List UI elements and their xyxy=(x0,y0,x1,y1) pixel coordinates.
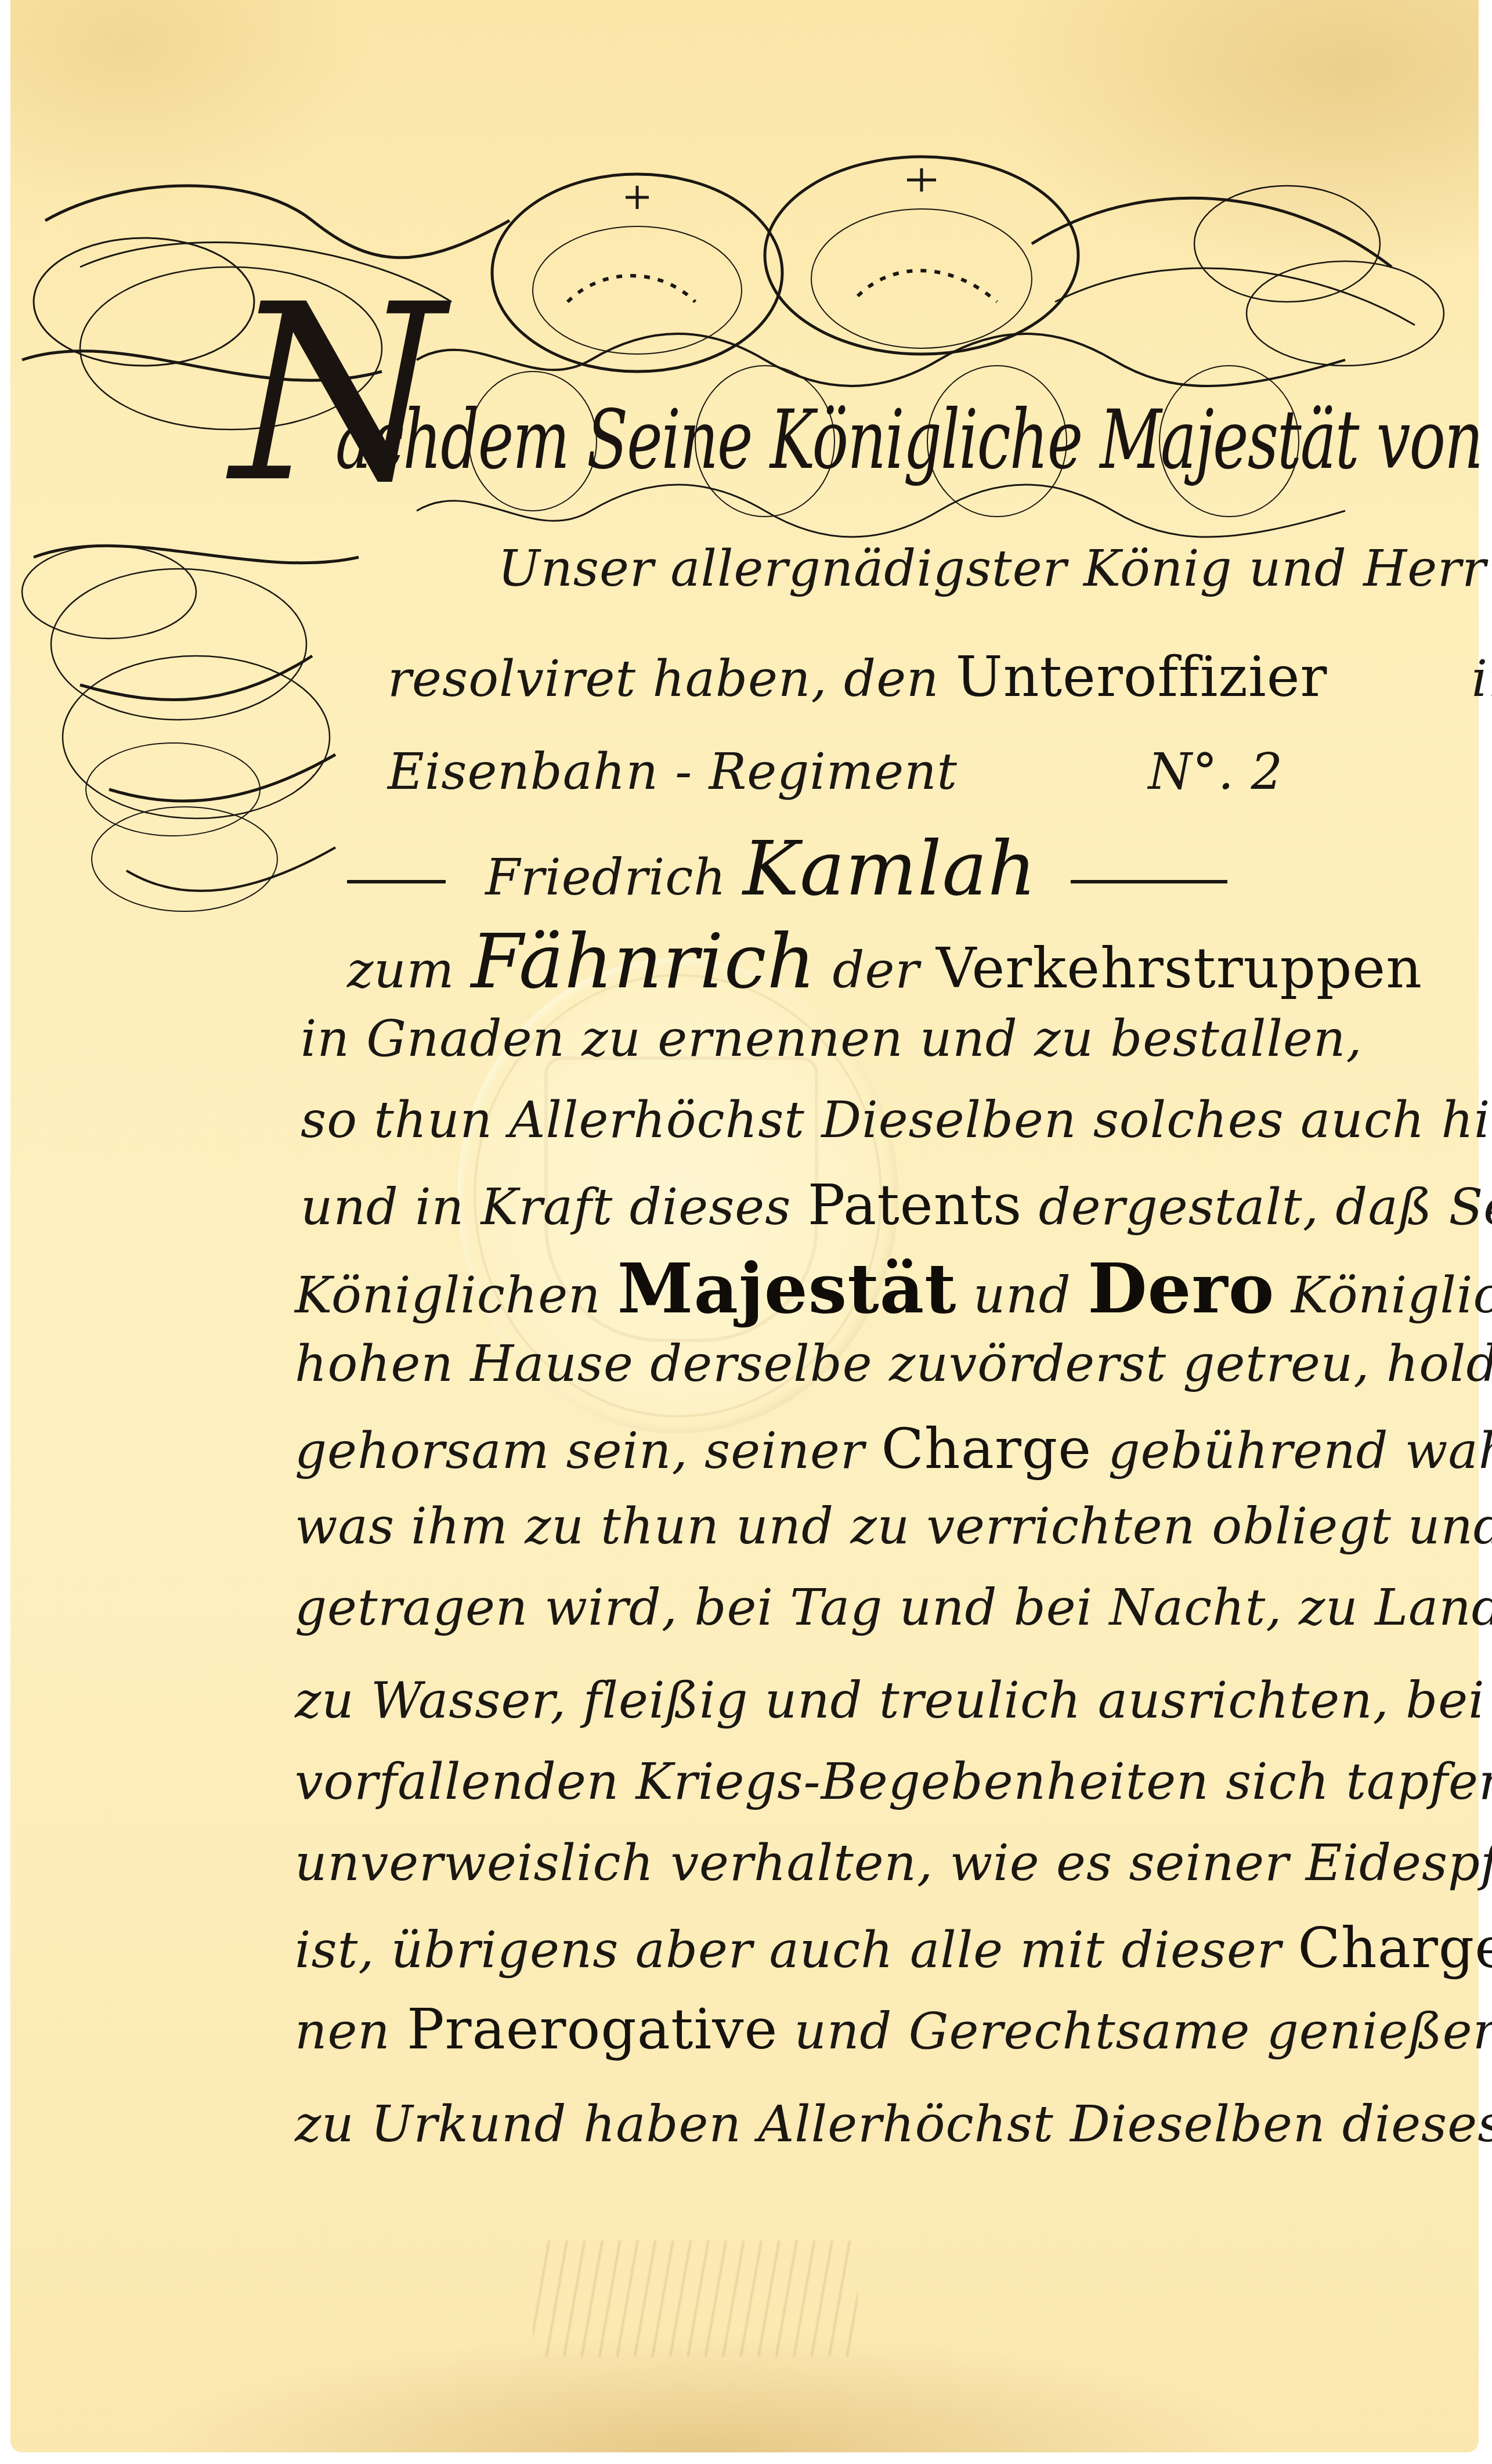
line-text: so thun Allerhöchst Dieselben solches au… xyxy=(301,1091,1492,1149)
line-pre: ist, übrigens aber auch alle mit dieser xyxy=(295,1921,1281,1979)
line-mid: der xyxy=(833,941,920,1000)
word-dero: Dero xyxy=(1088,1248,1274,1329)
line-tail: gebührend wahrnehmen, xyxy=(1108,1422,1492,1480)
word-charge: Charge xyxy=(1298,1915,1492,1980)
line-text: zu Wasser, fleißig und treulich ausricht… xyxy=(295,1672,1492,1730)
line-text: was ihm zu thun und zu verrichten oblieg… xyxy=(295,1498,1492,1556)
line-mid: und xyxy=(973,1267,1071,1325)
line-tail: und Gerechtsame genießen solle. Des xyxy=(794,2003,1492,2061)
text-line-12: was ihm zu thun und zu verrichten oblieg… xyxy=(295,1498,1492,1556)
faint-pencil-offset-mark xyxy=(533,2241,858,2357)
text-line-5: zum Fähnrich der Verkehrstruppen xyxy=(347,917,1422,1005)
text-line-10: hohen Hause derselbe zuvörderst getreu, … xyxy=(295,1335,1492,1393)
line-pre: Königlichen xyxy=(295,1267,601,1325)
line-tail: Königlichen xyxy=(1291,1267,1492,1325)
line-pre: zum xyxy=(347,941,454,1000)
line-tail: dergestalt, daß Seiner xyxy=(1039,1178,1492,1236)
word-charge: Charge xyxy=(881,1416,1092,1481)
line-text: in Gnaden zu ernennen und zu bestallen, xyxy=(301,1010,1363,1068)
word-praerogative: Praerogative xyxy=(407,1997,778,2062)
text-line-8: und in Kraft dieses Patents dergestalt, … xyxy=(301,1173,1492,1238)
line-text: Unser allergnädigster König und Herr xyxy=(498,540,1486,598)
text-line-13: getragen wird, bei Tag und bei Nacht, zu… xyxy=(295,1579,1492,1637)
text-line-6: in Gnaden zu ernennen und zu bestallen, xyxy=(301,1010,1363,1068)
text-line-17: ist, übrigens aber auch alle mit dieser … xyxy=(295,1915,1492,1980)
word-majestaet: Majestät xyxy=(617,1248,957,1329)
line-pre: zu Urkund haben Allerhöchst Dieselben di… xyxy=(295,2095,1492,2153)
first-name: Friedrich xyxy=(485,849,726,907)
rank-unteroffizier: Unteroffizier xyxy=(956,644,1328,709)
text-line-15: vorfallenden Kriegs-Begebenheiten sich t… xyxy=(295,1753,1492,1811)
line-tail: im xyxy=(1472,650,1492,708)
unit-verkehrstruppen: Verkehrstruppen xyxy=(936,936,1422,1001)
text-line-3: Eisenbahn - Regiment N°. 2 xyxy=(388,743,1283,801)
text-line-18: nen Praerogative und Gerechtsame genieße… xyxy=(295,1997,1492,2062)
document-paper: N achdem Seine Königliche Majestät von P… xyxy=(10,0,1479,2452)
regiment-name: Eisenbahn - Regiment xyxy=(388,743,958,801)
text-line-19: zu Urkund haben Allerhöchst Dieselben di… xyxy=(295,2090,1492,2155)
rank-faehnrich: Fähnrich xyxy=(471,917,817,1005)
text-line-2: resolviret haben, den Unteroffizier im xyxy=(388,644,1492,709)
regiment-number: N°. 2 xyxy=(1148,743,1283,801)
line-pre: nen xyxy=(295,2003,391,2061)
line-text: unverweislich verhalten, wie es seiner E… xyxy=(295,1834,1492,1892)
text-line-4-name: Friedrich Kamlah xyxy=(347,824,1227,912)
document-heading: achdem Seine Königliche Majestät von Pre… xyxy=(335,392,1492,492)
text-line-16: unverweislich verhalten, wie es seiner E… xyxy=(295,1834,1492,1892)
line-text: hohen Hause derselbe zuvörderst getreu, … xyxy=(295,1335,1492,1393)
surname: Kamlah xyxy=(743,824,1037,912)
text-line-7: so thun Allerhöchst Dieselben solches au… xyxy=(301,1091,1492,1149)
text-line-11: gehorsam sein, seiner Charge gebührend w… xyxy=(295,1416,1492,1481)
heading-text: achdem Seine Königliche Majestät von Pre… xyxy=(335,392,1492,488)
word-patents: Patents xyxy=(808,1173,1023,1238)
line-text: getragen wird, bei Tag und bei Nacht, zu… xyxy=(295,1579,1492,1637)
rule-right xyxy=(1071,880,1227,883)
text-line-1: Unser allergnädigster König und Herr xyxy=(498,540,1486,598)
line-text: vorfallenden Kriegs-Begebenheiten sich t… xyxy=(295,1753,1492,1811)
line-text: resolviret haben, den xyxy=(388,650,939,708)
text-line-9: Königlichen Majestät und Dero Königliche… xyxy=(295,1248,1492,1329)
rule-left xyxy=(347,880,446,883)
line-pre: und in Kraft dieses xyxy=(301,1178,791,1236)
text-line-14: zu Wasser, fleißig und treulich ausricht… xyxy=(295,1672,1492,1730)
line-pre: gehorsam sein, seiner xyxy=(295,1422,865,1480)
